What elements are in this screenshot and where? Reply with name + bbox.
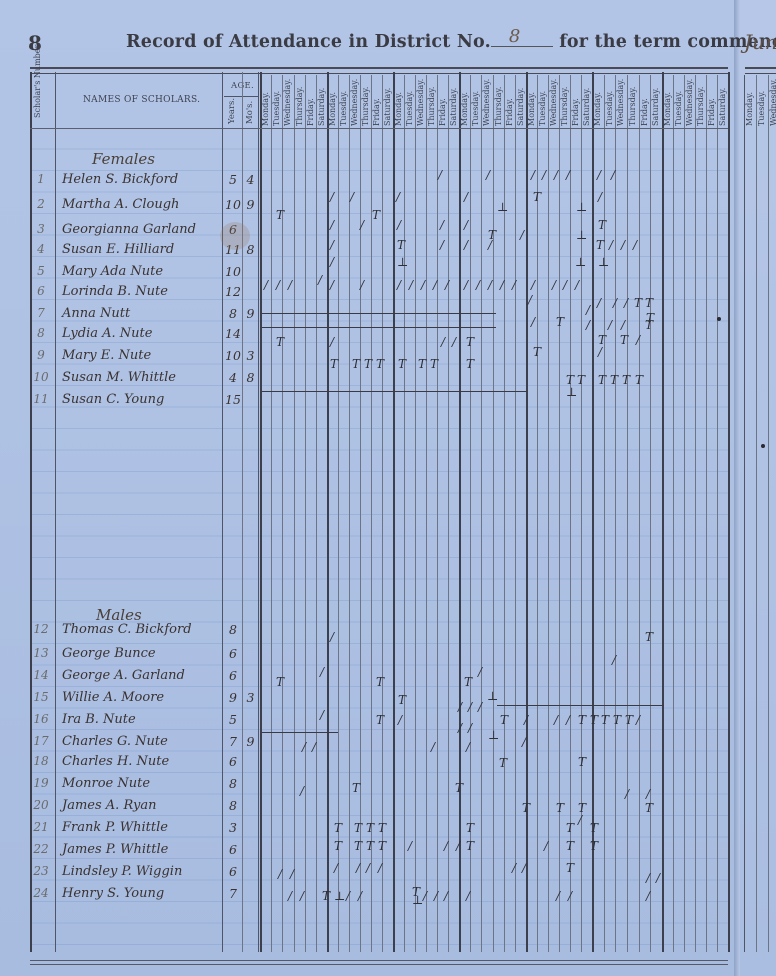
scholar-age-years: 5	[224, 712, 242, 727]
absent-mark: /	[520, 229, 524, 241]
scholar-row: 10Susan M. Whittle48	[0, 370, 730, 392]
tardy-mark: T	[533, 346, 541, 358]
header-weekday: Wednesday.	[616, 79, 625, 126]
term-commencing-value: June	[744, 30, 776, 54]
scholar-age-years: 4	[224, 370, 242, 385]
tardy-mark: T	[455, 782, 463, 794]
absent-mark: /	[378, 862, 382, 874]
absent-mark: /	[522, 736, 526, 748]
scholar-number: 17	[30, 734, 52, 748]
absent-mark: /	[445, 279, 449, 291]
right-page-header-weekday: Wednesday.	[769, 79, 776, 126]
absent-mark: /	[320, 709, 324, 721]
absent-mark: /	[621, 239, 625, 251]
scholar-name: Susan M. Whittle	[62, 370, 176, 385]
scholar-number: 23	[30, 864, 52, 878]
dismissed-mark: ⊥	[575, 256, 586, 268]
absent-mark: /	[556, 890, 560, 902]
header-weekday: Monday.	[394, 92, 403, 126]
absent-mark: /	[431, 741, 435, 753]
tardy-mark: T	[625, 714, 633, 726]
tardy-mark: T	[634, 297, 642, 309]
tardy-mark: T	[566, 822, 574, 834]
absent-mark: /	[312, 741, 316, 753]
scholar-number: 16	[30, 712, 52, 726]
scholar-age-years: 7	[224, 734, 242, 749]
tardy-mark: T	[613, 714, 621, 726]
scholar-name: Susan E. Hilliard	[62, 242, 174, 257]
tardy-mark: T	[372, 209, 380, 221]
scholar-number: 20	[30, 798, 52, 812]
scholar-age-years: 3	[224, 820, 242, 835]
tardy-mark: T	[533, 191, 541, 203]
absent-mark: /	[408, 840, 412, 852]
header-weekday: Tuesday.	[471, 91, 480, 126]
tardy-mark: T	[566, 862, 574, 874]
withdrawal-line	[497, 705, 664, 706]
tardy-mark: T	[598, 219, 606, 231]
right-page-header-weekday: Monday.	[745, 92, 754, 126]
absent-mark: /	[397, 279, 401, 291]
tardy-mark: T	[334, 840, 342, 852]
header-weekday: Thursday.	[361, 87, 370, 126]
tardy-mark: T	[620, 334, 628, 346]
scholar-row: 2Martha A. Clough109	[0, 197, 730, 219]
scholar-number: 6	[30, 284, 52, 298]
tardy-mark: T	[577, 374, 585, 386]
absent-mark: /	[433, 279, 437, 291]
scholar-age-years: 9	[224, 690, 242, 705]
tardy-mark: T	[376, 714, 384, 726]
scholar-row: 12Thomas C. Bickford8	[0, 622, 730, 644]
absent-mark: /	[360, 279, 364, 291]
tardy-mark: T	[610, 374, 618, 386]
absent-mark: /	[552, 279, 556, 291]
absent-mark: /	[330, 336, 334, 348]
header-weekday: Tuesday.	[538, 91, 547, 126]
header-weekday: Wednesday.	[416, 79, 425, 126]
absent-mark: /	[522, 862, 526, 874]
scholar-age-months: 9	[243, 734, 258, 749]
absent-mark: /	[528, 294, 532, 306]
absent-mark: /	[464, 219, 468, 231]
header-weekday: Monday.	[527, 92, 536, 126]
header-weekday: Monday.	[460, 92, 469, 126]
absent-mark: /	[468, 701, 472, 713]
absent-mark: /	[531, 169, 535, 181]
header-weekday: Monday.	[593, 92, 602, 126]
tardy-mark: T	[398, 694, 406, 706]
absent-mark: /	[554, 714, 558, 726]
absent-mark: /	[320, 666, 324, 678]
scholar-row: 6Lorinda B. Nute12	[0, 284, 730, 306]
header-weekday: Tuesday.	[339, 91, 348, 126]
absent-mark: /	[276, 279, 280, 291]
scholar-age-years: 6	[224, 754, 242, 769]
right-page-column-rule	[768, 75, 769, 952]
absent-mark: /	[409, 279, 413, 291]
absent-mark: /	[598, 346, 602, 358]
tardy-mark: T	[466, 358, 474, 370]
scholar-age-years: 8	[224, 622, 242, 637]
absent-mark: /	[566, 169, 570, 181]
scholar-row: 13George Bunce6	[0, 646, 730, 668]
footer-double-rule	[30, 960, 728, 965]
dismissed-mark: ⊥	[576, 229, 587, 241]
absent-mark: /	[360, 219, 364, 231]
tardy-mark: T	[322, 890, 330, 902]
tardy-mark: T	[590, 822, 598, 834]
scholar-age-years: 14	[224, 326, 242, 341]
header-weekday: Friday.	[571, 98, 580, 126]
absent-mark: /	[598, 191, 602, 203]
absent-mark: /	[621, 319, 625, 331]
absent-mark: /	[488, 279, 492, 291]
tardy-mark: T	[366, 822, 374, 834]
ink-stain	[220, 222, 250, 250]
scholar-row: 23Lindsley P. Wiggin6	[0, 864, 730, 886]
absent-mark: /	[396, 191, 400, 203]
scholar-age-months: 4	[243, 172, 258, 187]
absent-mark: /	[440, 239, 444, 251]
dismissed-mark: ⊥	[397, 256, 408, 268]
tardy-mark: T	[556, 802, 564, 814]
scholar-number: 24	[30, 886, 52, 900]
scholar-number: 4	[30, 242, 52, 256]
district-number-field: 8	[491, 32, 553, 47]
dismissed-mark: ⊥	[598, 256, 609, 268]
absent-mark: /	[444, 890, 448, 902]
scholar-name: James A. Ryan	[62, 798, 156, 813]
header-weekday: Thursday.	[427, 87, 436, 126]
scholar-row: 15Willie A. Moore93	[0, 690, 730, 712]
header-weekday: Saturday.	[718, 88, 727, 126]
scholar-age-years: 7	[224, 886, 242, 901]
absent-mark: /	[512, 279, 516, 291]
header-scholar-number-label: Scholar's Number.	[33, 43, 42, 118]
absent-mark: /	[597, 297, 601, 309]
scholar-age-years: 10	[224, 348, 242, 363]
header-weekday: Friday.	[640, 98, 649, 126]
scholar-age-months: 9	[243, 306, 258, 321]
absent-mark: /	[478, 701, 482, 713]
absent-mark: /	[656, 872, 660, 884]
header-weekday: Saturday.	[317, 88, 326, 126]
dismissed-mark: ⊥	[334, 890, 345, 902]
scholar-row: 1Helen S. Bickford54	[0, 172, 730, 194]
header-weekday: Saturday.	[651, 88, 660, 126]
scholar-row: 17Charles G. Nute79	[0, 734, 730, 756]
dismissed-mark: ⊥	[566, 386, 577, 398]
scholar-age-months: 3	[243, 690, 258, 705]
scholar-name: Lydia A. Nute	[62, 326, 152, 341]
absent-mark: /	[568, 890, 572, 902]
tardy-mark: T	[645, 631, 653, 643]
absent-mark: /	[438, 169, 442, 181]
scholar-name: Mary E. Nute	[62, 348, 151, 363]
dismissed-mark: ⊥	[576, 201, 587, 213]
tardy-mark: T	[598, 374, 606, 386]
tardy-mark: T	[590, 714, 598, 726]
absent-mark: /	[575, 279, 579, 291]
withdrawal-line	[262, 327, 496, 328]
absent-mark: /	[264, 279, 268, 291]
tardy-mark: T	[352, 358, 360, 370]
tardy-mark: T	[354, 822, 362, 834]
header-weekday: Saturday.	[516, 88, 525, 126]
tardy-mark: T	[522, 802, 530, 814]
scholar-name: Anna Nutt	[62, 306, 130, 321]
header-years: Years.	[227, 98, 237, 124]
tardy-mark: T	[397, 239, 405, 251]
withdrawal-line	[262, 391, 527, 392]
absent-mark: /	[646, 788, 650, 800]
absent-mark: /	[566, 714, 570, 726]
scholar-age-years: 8	[224, 776, 242, 791]
scholar-age-years: 5	[224, 172, 242, 187]
scholar-number: 14	[30, 668, 52, 682]
header-weekday: Thursday.	[696, 87, 705, 126]
absent-mark: /	[633, 239, 637, 251]
withdrawal-line	[262, 313, 496, 314]
scholar-name: James P. Whittle	[62, 842, 168, 857]
scholar-row: 20James A. Ryan8	[0, 798, 730, 820]
title-prefix: Record of Attendance in District No.	[126, 32, 491, 52]
absent-mark: /	[330, 631, 334, 643]
absent-mark: /	[288, 279, 292, 291]
header-weekday: Friday.	[707, 98, 716, 126]
tardy-mark: T	[645, 319, 653, 331]
absent-mark: /	[586, 304, 590, 316]
tardy-mark: T	[466, 822, 474, 834]
scholar-number: 18	[30, 754, 52, 768]
scholar-age-years: 15	[224, 392, 242, 407]
scholar-row: 11Susan C. Young15	[0, 392, 730, 414]
tardy-mark: T	[376, 676, 384, 688]
tardy-mark: T	[352, 782, 360, 794]
scholar-row: 19Monroe Nute8	[0, 776, 730, 798]
dismissed-mark: ⊥	[487, 690, 498, 702]
tardy-mark: T	[601, 714, 609, 726]
absent-mark: /	[466, 890, 470, 902]
absent-mark: /	[290, 868, 294, 880]
right-page-header-rule	[745, 67, 776, 74]
tardy-mark: T	[622, 374, 630, 386]
absent-mark: /	[563, 279, 567, 291]
right-page-column-rule	[756, 75, 757, 952]
page-title: Record of Attendance in District No.8 fo…	[126, 32, 776, 52]
tardy-mark: T	[556, 316, 564, 328]
absent-mark: /	[444, 840, 448, 852]
scholar-age-months: 9	[243, 197, 258, 212]
absent-mark: /	[464, 239, 468, 251]
females-section-label: Females	[92, 150, 155, 168]
absent-mark: /	[288, 890, 292, 902]
header-weekday: Thursday.	[560, 87, 569, 126]
tardy-mark: T	[276, 676, 284, 688]
scholar-name: George A. Garland	[62, 668, 185, 683]
header-weekday: Tuesday.	[674, 91, 683, 126]
tardy-mark: T	[590, 840, 598, 852]
absent-mark: /	[611, 169, 615, 181]
absent-mark: /	[397, 219, 401, 231]
absent-mark: /	[464, 279, 468, 291]
absent-mark: /	[356, 862, 360, 874]
header-weekday: Wednesday.	[350, 79, 359, 126]
tardy-mark: T	[466, 336, 474, 348]
absent-mark: /	[578, 814, 582, 826]
scholar-number: 3	[30, 222, 52, 236]
tardy-mark: T	[566, 840, 574, 852]
absent-mark: /	[636, 714, 640, 726]
header-weekday: Friday.	[306, 98, 315, 126]
tardy-mark: T	[376, 358, 384, 370]
header-weekday: Thursday.	[628, 87, 637, 126]
scholar-name: Mary Ada Nute	[62, 264, 163, 279]
header-double-rule	[30, 67, 728, 74]
scholar-age-years: 10	[224, 264, 242, 279]
tardy-mark: T	[378, 822, 386, 834]
absent-mark: /	[613, 297, 617, 309]
absent-mark: /	[542, 169, 546, 181]
absent-mark: /	[486, 169, 490, 181]
scholar-age-years: 10	[224, 197, 242, 212]
header-months: Mo's.	[245, 101, 255, 124]
scholar-row: 14George A. Garland6	[0, 668, 730, 690]
absent-mark: /	[476, 279, 480, 291]
scholar-name: George Bunce	[62, 646, 156, 661]
dismissed-mark: ⊥	[412, 894, 423, 906]
absent-mark: /	[531, 279, 535, 291]
header-names: NAMES OF SCHOLARS.	[83, 95, 200, 105]
absent-mark: /	[421, 279, 425, 291]
scholar-name: Ira B. Nute	[62, 712, 136, 727]
absent-mark: /	[440, 219, 444, 231]
tardy-mark: T	[645, 297, 653, 309]
tardy-mark: T	[500, 714, 508, 726]
header-weekday: Friday.	[372, 98, 381, 126]
tardy-mark: T	[598, 334, 606, 346]
absent-mark: /	[612, 654, 616, 666]
scholar-number: 7	[30, 306, 52, 320]
absent-mark: /	[624, 297, 628, 309]
absent-mark: /	[597, 169, 601, 181]
absent-mark: /	[434, 890, 438, 902]
absent-mark: /	[464, 191, 468, 203]
absent-mark: /	[330, 219, 334, 231]
scholar-name: Henry S. Young	[62, 886, 164, 901]
scholar-name: Martha A. Clough	[62, 197, 179, 212]
header-weekday: Tuesday.	[272, 91, 281, 126]
withdrawal-line	[262, 732, 338, 733]
absent-mark: /	[398, 714, 402, 726]
absent-mark: /	[458, 701, 462, 713]
header-weekday: Monday.	[261, 92, 270, 126]
paper-speck	[717, 317, 721, 321]
tardy-mark: T	[366, 840, 374, 852]
absent-mark: /	[646, 872, 650, 884]
header-weekday: Wednesday.	[482, 79, 491, 126]
scholar-number: 5	[30, 264, 52, 278]
absent-mark: /	[468, 722, 472, 734]
absent-mark: /	[488, 239, 492, 251]
tardy-mark: T	[578, 756, 586, 768]
header-weekday: Tuesday.	[405, 91, 414, 126]
scholar-number: 13	[30, 646, 52, 660]
header-scholar-number: Scholar's Number.	[33, 43, 42, 118]
scholar-name: Lindsley P. Wiggin	[62, 864, 182, 879]
scholar-number: 22	[30, 842, 52, 856]
scholar-age-years: 8	[224, 798, 242, 813]
district-number-value: 8	[509, 26, 521, 47]
absent-mark: /	[358, 890, 362, 902]
age-divider	[224, 96, 258, 97]
absent-mark: /	[458, 722, 462, 734]
absent-mark: /	[512, 862, 516, 874]
dismissed-mark: ⊥	[488, 729, 499, 741]
absent-mark: /	[636, 334, 640, 346]
right-page-column-rule	[744, 75, 745, 952]
scholar-row: 18Charles H. Nute6	[0, 754, 730, 776]
scholar-age-years: 12	[224, 284, 242, 299]
tardy-mark: T	[418, 358, 426, 370]
scholar-age-years: 6	[224, 842, 242, 857]
absent-mark: /	[625, 788, 629, 800]
absent-mark: /	[366, 862, 370, 874]
tardy-mark: T	[464, 676, 472, 688]
tardy-mark: T	[354, 840, 362, 852]
absent-mark: /	[302, 741, 306, 753]
header-weekday: Thursday.	[494, 87, 503, 126]
scholar-age-years: 6	[224, 646, 242, 661]
tardy-mark: T	[430, 358, 438, 370]
scholar-name: Thomas C. Bickford	[62, 622, 192, 637]
scholar-number: 11	[30, 392, 52, 406]
tardy-mark: T	[635, 374, 643, 386]
header-weekday: Monday.	[328, 92, 337, 126]
absent-mark: /	[524, 714, 528, 726]
absent-mark: /	[350, 191, 354, 203]
scholar-number: 21	[30, 820, 52, 834]
tardy-mark: T	[645, 802, 653, 814]
absent-mark: /	[330, 256, 334, 268]
tardy-mark: T	[364, 358, 372, 370]
header-bottom-rule	[30, 128, 728, 129]
scholar-name: Lorinda B. Nute	[62, 284, 168, 299]
scholar-row: 24Henry S. Young7	[0, 886, 730, 908]
header-weekday: Tuesday.	[605, 91, 614, 126]
absent-mark: /	[478, 666, 482, 678]
tardy-mark: T	[499, 757, 507, 769]
scholar-name: Helen S. Bickford	[62, 172, 178, 187]
absent-mark: /	[531, 316, 535, 328]
scholar-number: 2	[30, 197, 52, 211]
absent-mark: /	[278, 868, 282, 880]
scholar-number: 12	[30, 622, 52, 636]
absent-mark: /	[608, 319, 612, 331]
header-weekday: Monday.	[663, 92, 672, 126]
scholar-number: 15	[30, 690, 52, 704]
scholar-number: 9	[30, 348, 52, 362]
absent-mark: /	[330, 191, 334, 203]
absent-mark: /	[544, 840, 548, 852]
tardy-mark: T	[398, 358, 406, 370]
tardy-mark: T	[466, 840, 474, 852]
dismissed-mark: ⊥	[497, 201, 508, 213]
header-weekday: Friday.	[438, 98, 447, 126]
tardy-mark: T	[596, 239, 604, 251]
absent-mark: /	[586, 319, 590, 331]
